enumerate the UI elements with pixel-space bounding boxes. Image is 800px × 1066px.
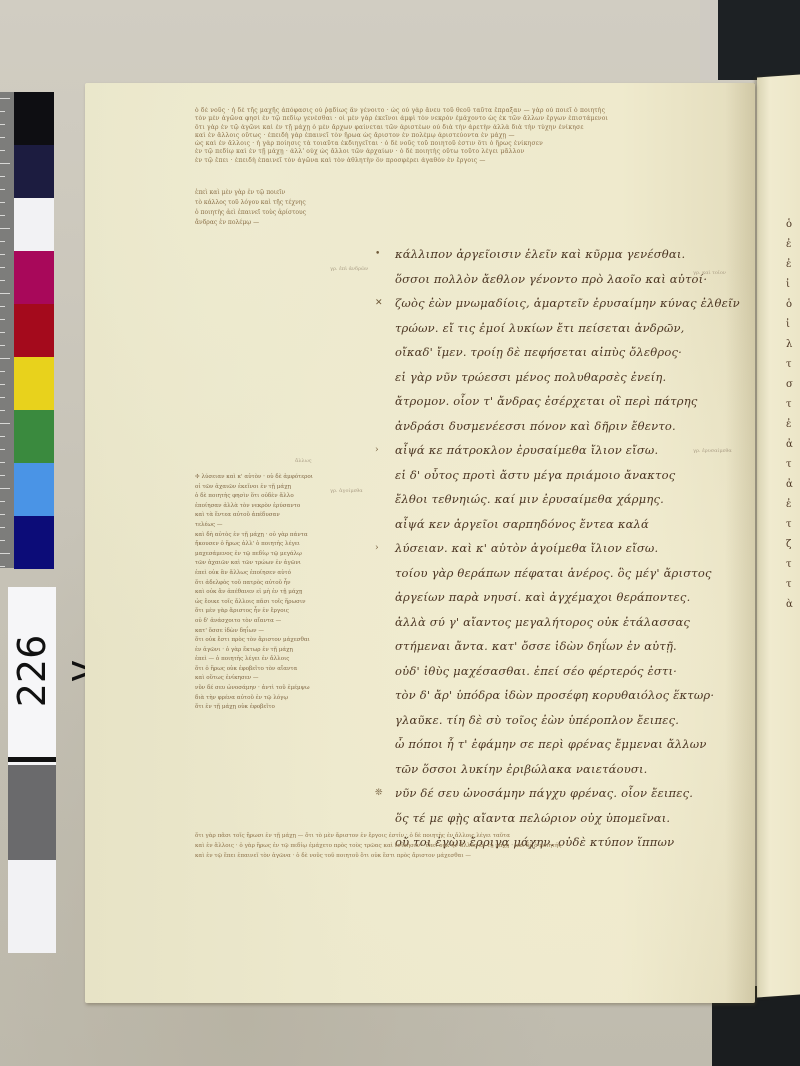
margin-note: γρ. ἐρυσαίμεθα	[693, 448, 732, 455]
text-line-content: ζωὸς ἐὼν μνωμαδίοις, ἀμαρτεῖν ἐρυσαίμην …	[395, 296, 740, 310]
text-line-content: οἴκαδ' ἴμεν. τροίῃ δὲ πεφήσεται αἰπὺς ὄλ…	[395, 345, 682, 359]
next-folio-letter: τ	[786, 575, 800, 595]
label-divider	[8, 757, 56, 762]
scholia-top-block: ὁ δὲ νοῦς · ἡ δὲ τῆς μαχῆς ἀπόφασις οὐ ῥ…	[195, 107, 750, 165]
ruler-tick	[0, 345, 5, 346]
text-line: ἔλθοι τεθνηιώς. καί μιν ἐρυσαίμεθα χάρμη…	[395, 487, 725, 512]
scholia-line: ὡς ἔοικε τοῖς ἄλλοις πᾶσι τοῖς ἥρωσιν	[195, 598, 353, 608]
text-line: τοίου γὰρ θεράπων πέφαται ἀνέρος. ὃς μέγ…	[395, 561, 725, 586]
text-line-content: γλαῦκε. τίη δὲ σὺ τοῖος ἐὼν ὑπέροπλον ἔε…	[395, 713, 679, 727]
ruler-tick	[0, 553, 10, 554]
grey-reference-patch	[8, 765, 56, 860]
scholia-line: ἄνδρας ἐν πολέμῳ —	[195, 218, 355, 228]
ruler-tick	[0, 475, 5, 476]
ruler-tick	[0, 488, 10, 489]
scholia-left-block: ✢ λύσειαν καὶ κ' αὐτὸν · οὐ δὲ ἀμφότεροι…	[195, 473, 353, 713]
ruler-tick	[0, 150, 5, 151]
next-folio-letter: ἐ	[786, 235, 800, 255]
ruler-tick	[0, 384, 5, 385]
scholia-line: μαχεσάμενος ἐν τῷ πεδίῳ τῷ μεγάλῳ	[195, 550, 353, 560]
text-line: εἰ δ' οὗτος προτὶ ἄστυ μέγα πριάμοιο ἄνα…	[395, 463, 725, 488]
scholia-line: ἐπεὶ — ὁ ποιητὴς λέγει ἐν ἄλλοις	[195, 655, 353, 665]
scholia-line: ἐν τῷ ἔπει · ἐπειδὴ ἐπαινεῖ τὸν ἀγῶνα κα…	[195, 157, 750, 165]
ruler-tick	[0, 410, 5, 411]
text-line: ὦ πόποι ἦ τ' ἐφάμην σε περὶ φρένας ἔμμεν…	[395, 732, 725, 757]
marginal-sign-icon: ✕	[375, 291, 383, 316]
ruler-tick	[0, 124, 5, 125]
folio-number-label: 226 v	[8, 619, 56, 723]
scholia-line: ὁ ποιητὴς ἀεὶ ἐπαινεῖ τοὺς ἀρίστους	[195, 208, 355, 218]
next-folio-letter: ὁ	[786, 295, 800, 315]
ruler-tick	[0, 228, 10, 229]
scholia-line: καὶ οὐκ ἂν ἀπέθανεν εἰ μὴ ἐν τῇ μάχῃ	[195, 588, 353, 598]
next-folio-text: ὁἐἐἰὁἰλτστἐἀτἀἐτζττὰ	[786, 215, 800, 615]
text-line-content: ἄτρομον. οἷον τ' ἄνδρας ἐσέρχεται οἳ περ…	[395, 394, 698, 408]
text-line: •κάλλιπον ἀργεῖοισιν ἑλεῖν καὶ κῦρμα γεν…	[395, 242, 725, 267]
scholia-line: κατ' ὄσσε ἰδὼν δηΐων —	[195, 627, 353, 637]
text-line-content: τρώων. εἴ τις ἐμοί λυκίων ἔτι πείσεται ἀ…	[395, 321, 684, 335]
text-line: τῶν ὅσσοι λυκίην ἐριβώλακα ναιετάουσι.	[395, 757, 725, 782]
text-line-content: ἀλλὰ σύ γ' αἴαντος μεγαλήτορος οὐκ ἐτάλα…	[395, 615, 690, 629]
next-folio-letter: τ	[786, 395, 800, 415]
scholia-line: ἤκουσεν ὁ ἥρως ἀλλ' ὁ ποιητὴς λέγει	[195, 540, 353, 550]
text-line: ἀλλὰ σύ γ' αἴαντος μεγαλήτορος οὐκ ἐτάλα…	[395, 610, 725, 635]
text-line: γλαῦκε. τίη δὲ σὺ τοῖος ἐὼν ὑπέροπλον ἔε…	[395, 708, 725, 733]
text-line: ἀνδράσι δυσμενέεσσι πόνον καὶ δῆριν ἔθεν…	[395, 414, 725, 439]
ruler-tick	[0, 397, 5, 398]
text-line-content: ἀνδράσι δυσμενέεσσι πόνον καὶ δῆριν ἔθεν…	[395, 419, 676, 433]
text-line: οἴκαδ' ἴμεν. τροίῃ δὲ πεφήσεται αἰπὺς ὄλ…	[395, 340, 725, 365]
ruler-tick	[0, 280, 5, 281]
margin-note: γρ. ἐπὶ ἀνδρῶν	[330, 266, 368, 273]
color-swatch	[14, 304, 54, 357]
scholia-line: ὁ δὲ ποιητὴς φησὶν ὅτι οὐδὲν ἄλλο	[195, 492, 353, 502]
scholia-line: νῦν δέ σευ ὠνοσάμην · ἀντὶ τοῦ ἐμέμψω	[195, 684, 353, 694]
scholia-line: ἐν ἀγῶνι · ὁ γὰρ ἕκτωρ ἐν τῇ μάχῃ	[195, 646, 353, 656]
folio-label-card: 226 v	[8, 587, 56, 953]
ruler-tick	[0, 293, 10, 294]
next-folio-letter: ἐ	[786, 255, 800, 275]
color-swatch	[14, 516, 54, 569]
text-line-content: αἶψά κε πάτροκλον ἐρυσαίμεθα ἴλιον εἴσω.	[395, 443, 658, 457]
marginal-sign-icon: ›	[375, 536, 379, 561]
ruler-tick	[0, 358, 10, 359]
scholia-line: καὶ ἐν ἄλλοις οὕτως · ἐπειδὴ γὰρ ἐπαινεῖ…	[195, 132, 750, 140]
scholia-line: καὶ ἐν ἄλλοις · ὁ γὰρ ἥρως ἐν τῷ πεδίῳ ἐ…	[195, 841, 755, 851]
text-line-content: τοίου γὰρ θεράπων πέφαται ἀνέρος. ὃς μέγ…	[395, 566, 712, 580]
scholia-line: διὰ τὴν φρένα αὐτοῦ ἐν τῷ λόγῳ	[195, 694, 353, 704]
white-reference-patch	[8, 860, 56, 953]
color-swatch	[14, 251, 54, 304]
color-swatch	[14, 410, 54, 463]
next-folio-letter: ὁ	[786, 215, 800, 235]
marginal-sign-icon: ›	[375, 438, 379, 463]
text-line: εἰ γὰρ νῦν τρώεσσι μένος πολυθαρσὲς ἐνεί…	[395, 365, 725, 390]
scholia-line: καὶ οὕτως ἐνίκησεν —	[195, 674, 353, 684]
scholia-line: οἱ τῶν ἀχαιῶν ἐκεῖνοι ἐν τῇ μάχῃ	[195, 483, 353, 493]
ruler-tick	[0, 527, 5, 528]
ruler-tick	[0, 98, 10, 99]
text-line-content: τὸν δ' ἄρ' ὑπόδρα ἰδὼν προσέφη κορυθαιόλ…	[395, 688, 714, 702]
ruler-tick	[0, 371, 5, 372]
scholia-line: ἐν τῷ πεδίῳ καὶ ἐν τῇ μάχῃ · ἀλλ' οὐχ ὡς…	[195, 148, 750, 156]
next-folio-letter: ὰ	[786, 595, 800, 615]
next-folio-letter: τ	[786, 555, 800, 575]
next-folio-letter: ἰ	[786, 315, 800, 335]
margin-note: γρ. καὶ τοῖον	[693, 270, 726, 277]
ruler-tick	[0, 176, 5, 177]
color-swatch	[14, 357, 54, 410]
ruler-tick	[0, 254, 5, 255]
scholia-line: ἐποίησαν ἀλλὰ τὸν νεκρὸν ἐρύσαντο	[195, 502, 353, 512]
scholia-line: ὅτι μὲν γὰρ ἄριστος ἦν ἐν ἔργοις	[195, 607, 353, 617]
ruler-tick	[0, 267, 5, 268]
text-line-content: ὅς τέ με φῂς αἴαντα πελώριον οὐχ ὑπομεῖν…	[395, 811, 670, 825]
scholia-line: ἐπεὶ καὶ μὲν γὰρ ἐν τῷ ποιεῖν	[195, 188, 355, 198]
text-line: αἶψά κεν ἀργεῖοι σαρπηδόνος ἔντεα καλά	[395, 512, 725, 537]
scholia-line: ✢ λύσειαν καὶ κ' αὐτὸν · οὐ δὲ ἀμφότεροι	[195, 473, 353, 483]
ruler-tick	[0, 202, 5, 203]
scholia-short-block: ἐπεὶ καὶ μὲν γὰρ ἐν τῷ ποιεῖντὸ κάλλος τ…	[195, 188, 355, 228]
color-swatch	[14, 463, 54, 516]
scholia-line: ἐπεὶ οὐκ ἂν ἄλλως ἐποίησεν αὐτό	[195, 569, 353, 579]
ruler-tick	[0, 163, 10, 164]
scholia-line: ὅτι ἐν τῇ μάχῃ οὐκ ἐφοβεῖτο	[195, 703, 353, 713]
text-line: στήμεναι ἄντα. κατ' ὄσσε ἰδὼν δηΐων ἐν α…	[395, 634, 725, 659]
scholia-line: τελέως —	[195, 521, 353, 531]
next-folio-letter: ἐ	[786, 495, 800, 515]
ruler-tick	[0, 423, 10, 424]
text-line-content: στήμεναι ἄντα. κατ' ὄσσε ἰδὼν δηΐων ἐν α…	[395, 639, 677, 653]
text-line: ❊νῦν δέ σευ ὠνοσάμην πάγχυ φρένας. οἷον …	[395, 781, 725, 806]
measurement-ruler	[0, 92, 14, 568]
scholia-line: ὅτι γὰρ ἐν τῷ ἀγῶνι καὶ ἐν τῇ μάχῃ ὁ μὲν…	[195, 124, 750, 132]
scholia-line: τὸ κάλλος τοῦ λόγου καὶ τῆς τέχνης	[195, 198, 355, 208]
scholia-line: ὁ δὲ νοῦς · ἡ δὲ τῆς μαχῆς ἀπόφασις οὐ ῥ…	[195, 107, 750, 115]
marginal-sign-icon: •	[375, 242, 381, 267]
next-folio-letter: ζ	[786, 535, 800, 555]
ruler-tick	[0, 566, 5, 567]
color-swatch	[14, 198, 54, 251]
color-calibration-target	[14, 92, 54, 568]
next-folio-letter: ἀ	[786, 475, 800, 495]
text-line: ἀργείων παρὰ νηυσί. καὶ ἀγχέμαχοι θεράπο…	[395, 585, 725, 610]
scholia-line: καὶ δὴ αὐτὸς ἐν τῇ μάχῃ · οὐ γὰρ πάντα	[195, 531, 353, 541]
ruler-tick	[0, 462, 5, 463]
next-folio-letter: ἰ	[786, 275, 800, 295]
next-folio-letter: τ	[786, 355, 800, 375]
text-line-content: ἔλθοι τεθνηιώς. καί μιν ἐρυσαίμεθα χάρμη…	[395, 492, 664, 506]
text-line-content: οὐδ' ἰθὺς μαχέσασθαι. ἐπεί σέο φέρτερός …	[395, 664, 677, 678]
next-folio-letter: ἐ	[786, 415, 800, 435]
ruler-tick	[0, 436, 5, 437]
text-line: οὐδ' ἰθὺς μαχέσασθαι. ἐπεί σέο φέρτερός …	[395, 659, 725, 684]
ruler-tick	[0, 215, 5, 216]
next-folio-letter: τ	[786, 455, 800, 475]
ruler-tick	[0, 111, 5, 112]
text-line: ›αἶψά κε πάτροκλον ἐρυσαίμεθα ἴλιον εἴσω…	[395, 438, 725, 463]
scholia-line: ὅτι ὁ ἥρως οὐκ ἐφοβεῖτο τὸν αἴαντα	[195, 665, 353, 675]
text-line-content: ὦ πόποι ἦ τ' ἐφάμην σε περὶ φρένας ἔμμεν…	[395, 737, 707, 751]
ruler-tick	[0, 319, 5, 320]
next-folio-letter: τ	[786, 515, 800, 535]
text-line: ἄτρομον. οἷον τ' ἄνδρας ἐσέρχεται οἳ περ…	[395, 389, 725, 414]
ruler-tick	[0, 449, 5, 450]
text-line: ὅς τέ με φῂς αἴαντα πελώριον οὐχ ὑπομεῖν…	[395, 806, 725, 831]
scholia-line: ὅτι ἀδελφὸς τοῦ πατρὸς αὐτοῦ ἦν	[195, 579, 353, 589]
main-text-block: •κάλλιπον ἀργεῖοισιν ἑλεῖν καὶ κῦρμα γεν…	[395, 242, 725, 855]
color-swatch	[14, 92, 54, 145]
next-folio-letter: ἀ	[786, 435, 800, 455]
next-folio-letter: λ	[786, 335, 800, 355]
text-line: ὅσσοι πολλὸν ἄεθλον γένοντο πρὸ λαοῖο κα…	[395, 267, 725, 292]
text-line-content: εἰ δ' οὗτος προτὶ ἄστυ μέγα πριάμοιο ἄνα…	[395, 468, 675, 482]
ruler-tick	[0, 189, 5, 190]
background-cloth-dark-top	[718, 0, 800, 80]
next-folio-letter: σ	[786, 375, 800, 395]
ruler-tick	[0, 501, 5, 502]
scholia-bottom-block: ὅτι γὰρ πᾶσι τοῖς ἥρωσι ἐν τῇ μάχῃ — ὅτι…	[195, 831, 755, 861]
scholia-line: οὐ δ' ἀνάσχοιτο τὸν αἴαντα —	[195, 617, 353, 627]
scholia-line: τῶν ἀχαιῶν καὶ τῶν τρώων ἐν ἀγῶνι	[195, 559, 353, 569]
ruler-tick	[0, 332, 5, 333]
text-line-content: κάλλιπον ἀργεῖοισιν ἑλεῖν καὶ κῦρμα γενέ…	[395, 247, 685, 261]
text-line-content: νῦν δέ σευ ὠνοσάμην πάγχυ φρένας. οἷον ἔ…	[395, 786, 693, 800]
marginal-sign-icon: ❊	[375, 781, 383, 806]
scholia-line: ὡς καὶ ἐν ἄλλοις · ἡ γὰρ ποίησις τὰ τοια…	[195, 140, 750, 148]
ruler-tick	[0, 137, 5, 138]
text-line-content: ἀργείων παρὰ νηυσί. καὶ ἀγχέμαχοι θεράπο…	[395, 590, 690, 604]
ruler-tick	[0, 540, 5, 541]
scholia-line: καὶ τὰ ἔντεα αὐτοῦ ἀπέδυσαν	[195, 511, 353, 521]
text-line: τρώων. εἴ τις ἐμοί λυκίων ἔτι πείσεται ἀ…	[395, 316, 725, 341]
label-white-panel: 226 v	[8, 587, 56, 757]
color-swatch	[14, 145, 54, 198]
text-line-content: εἰ γὰρ νῦν τρώεσσι μένος πολυθαρσὲς ἐνεί…	[395, 370, 666, 384]
ruler-tick	[0, 514, 5, 515]
scholia-line: ὅτι οὐκ ἔστι πρὸς τὸν ἄριστον μάχεσθαι	[195, 636, 353, 646]
text-line-content: λύσειαν. καὶ κ' αὐτὸν ἀγοίμεθα ἴλιον εἴσ…	[395, 541, 658, 555]
text-line: ✕ζωὸς ἐὼν μνωμαδίοις, ἀμαρτεῖν ἐρυσαίμην…	[395, 291, 725, 316]
folio-gutter-shadow	[725, 83, 755, 1003]
scholia-line: τὸν μὲν ἀγῶνα φησὶ ἐν τῷ πεδίῳ γενέσθαι …	[195, 115, 750, 123]
margin-note: ἄλλως	[295, 458, 312, 465]
text-line: τὸν δ' ἄρ' ὑπόδρα ἰδὼν προσέφη κορυθαιόλ…	[395, 683, 725, 708]
ruler-tick	[0, 241, 5, 242]
text-line-content: αἶψά κεν ἀργεῖοι σαρπηδόνος ἔντεα καλά	[395, 517, 649, 531]
ruler-tick	[0, 306, 5, 307]
text-line-content: ὅσσοι πολλὸν ἄεθλον γένοντο πρὸ λαοῖο κα…	[395, 272, 707, 286]
text-line-content: τῶν ὅσσοι λυκίην ἐριβώλακα ναιετάουσι.	[395, 762, 648, 776]
scholia-line: ὅτι γὰρ πᾶσι τοῖς ἥρωσι ἐν τῇ μάχῃ — ὅτι…	[195, 831, 755, 841]
text-line: ›λύσειαν. καὶ κ' αὐτὸν ἀγοίμεθα ἴλιον εἴ…	[395, 536, 725, 561]
scholia-line: καὶ ἐν τῷ ἔπει ἐπαινεῖ τὸν ἀγῶνα · ὁ δὲ …	[195, 851, 755, 861]
